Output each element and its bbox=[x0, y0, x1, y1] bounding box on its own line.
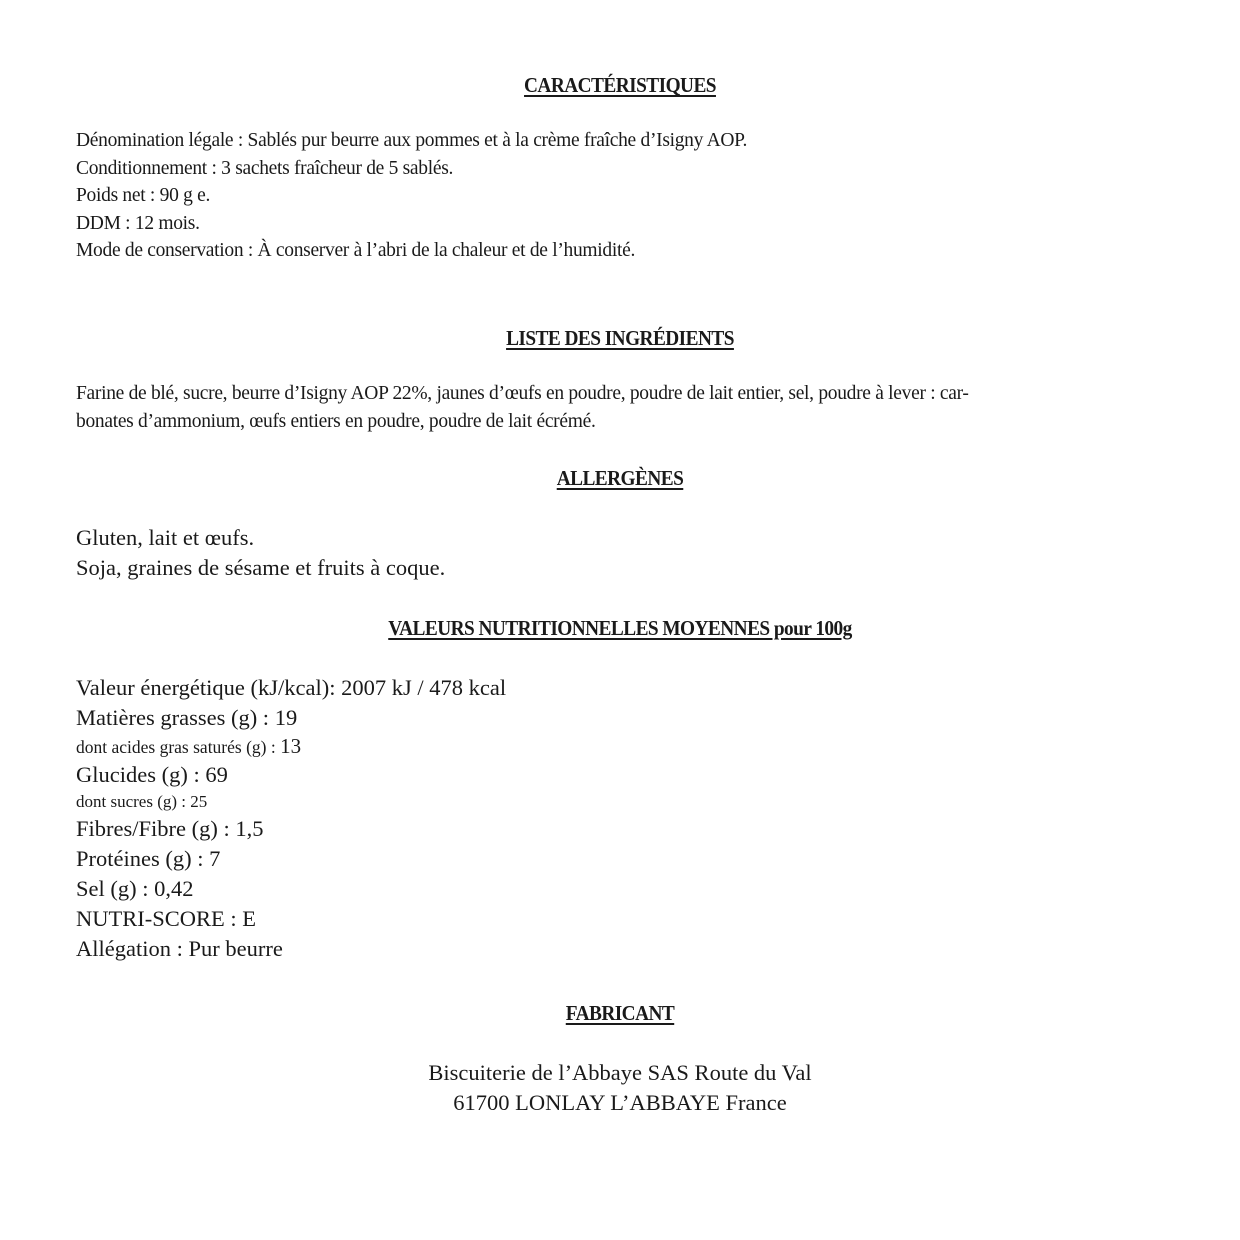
manufacturer-name: Biscuiterie de l’Abbaye SAS Route du Val bbox=[0, 1058, 1240, 1088]
nutrition-row-salt: Sel (g) : 0,42 bbox=[76, 874, 506, 904]
nutrition-block: Valeur énergétique (kJ/kcal): 2007 kJ / … bbox=[76, 673, 506, 964]
heading-fabricant: FABRICANT bbox=[50, 1001, 1191, 1025]
nutrition-row-protein: Protéines (g) : 7 bbox=[76, 844, 506, 874]
nutrition-label: dont sucres (g) : bbox=[76, 792, 190, 811]
heading-allergenes: ALLERGÈNES bbox=[50, 466, 1191, 490]
packaging: Conditionnement : 3 sachets fraîcheur de… bbox=[76, 155, 747, 183]
nutrition-value: Pur beurre bbox=[188, 936, 282, 961]
nutrition-row-nutriscore: NUTRI-SCORE : E bbox=[76, 904, 506, 934]
nutrition-label: Glucides (g) : bbox=[76, 762, 205, 787]
nutrition-value: 13 bbox=[280, 734, 301, 758]
nutrition-row-fat: Matières grasses (g) : 19 bbox=[76, 703, 506, 733]
heading-ingredients: LISTE DES INGRÉDIENTS bbox=[50, 326, 1191, 350]
ingredients-block: Farine de blé, sucre, beurre d’Isigny AO… bbox=[76, 380, 969, 435]
ingredients-line: bonates d’ammonium, œufs entiers en poud… bbox=[76, 408, 969, 436]
nutrition-row-claim: Allégation : Pur beurre bbox=[76, 934, 506, 964]
nutrition-value: 19 bbox=[275, 705, 298, 730]
nutrition-value: 1,5 bbox=[235, 816, 263, 841]
net-weight: Poids net : 90 g e. bbox=[76, 182, 747, 210]
nutrition-row-sugars: dont sucres (g) : 25 bbox=[76, 790, 506, 814]
nutrition-label: Sel (g) : bbox=[76, 876, 154, 901]
nutrition-label: dont acides gras saturés (g) : bbox=[76, 737, 280, 757]
nutrition-label: NUTRI-SCORE : bbox=[76, 906, 242, 931]
allergen-traces-line: Soja, graines de sésame et fruits à coqu… bbox=[76, 553, 445, 583]
nutrition-row-fibre: Fibres/Fibre (g) : 1,5 bbox=[76, 814, 506, 844]
nutrition-row-saturated-fat: dont acides gras saturés (g) : 13 bbox=[76, 733, 506, 760]
ingredients-line: Farine de blé, sucre, beurre d’Isigny AO… bbox=[76, 380, 969, 408]
nutrition-value: 0,42 bbox=[154, 876, 193, 901]
legal-denomination: Dénomination légale : Sablés pur beurre … bbox=[76, 127, 747, 155]
nutrition-row-carbs: Glucides (g) : 69 bbox=[76, 760, 506, 790]
nutrition-value: 2007 kJ / 478 kcal bbox=[341, 675, 506, 700]
storage-mode: Mode de conservation : À conserver à l’a… bbox=[76, 237, 747, 265]
nutrition-label: Allégation : bbox=[76, 936, 188, 961]
heading-caracteristiques: CARACTÉRISTIQUES bbox=[50, 73, 1191, 97]
nutrition-value: E bbox=[242, 906, 256, 931]
nutrition-label: Protéines (g) : bbox=[76, 846, 209, 871]
caracteristiques-block: Dénomination légale : Sablés pur beurre … bbox=[76, 127, 747, 265]
nutrition-label: Fibres/Fibre (g) : bbox=[76, 816, 235, 841]
product-sheet: CARACTÉRISTIQUES Dénomination légale : S… bbox=[0, 0, 1240, 1240]
nutrition-value: 7 bbox=[209, 846, 220, 871]
nutrition-label: Valeur énergétique (kJ/kcal): bbox=[76, 675, 341, 700]
best-before: DDM : 12 mois. bbox=[76, 210, 747, 238]
heading-nutrition: VALEURS NUTRITIONNELLES MOYENNES pour 10… bbox=[50, 616, 1191, 640]
fabricant-address: Biscuiterie de l’Abbaye SAS Route du Val… bbox=[0, 1058, 1240, 1118]
nutrition-row-energy: Valeur énergétique (kJ/kcal): 2007 kJ / … bbox=[76, 673, 506, 703]
nutrition-value: 25 bbox=[190, 792, 207, 811]
manufacturer-city: 61700 LONLAY L’ABBAYE France bbox=[0, 1088, 1240, 1118]
nutrition-value: 69 bbox=[205, 762, 228, 787]
nutrition-label: Matières grasses (g) : bbox=[76, 705, 275, 730]
allergenes-block: Gluten, lait et œufs. Soja, graines de s… bbox=[76, 523, 445, 583]
allergen-line: Gluten, lait et œufs. bbox=[76, 523, 445, 553]
